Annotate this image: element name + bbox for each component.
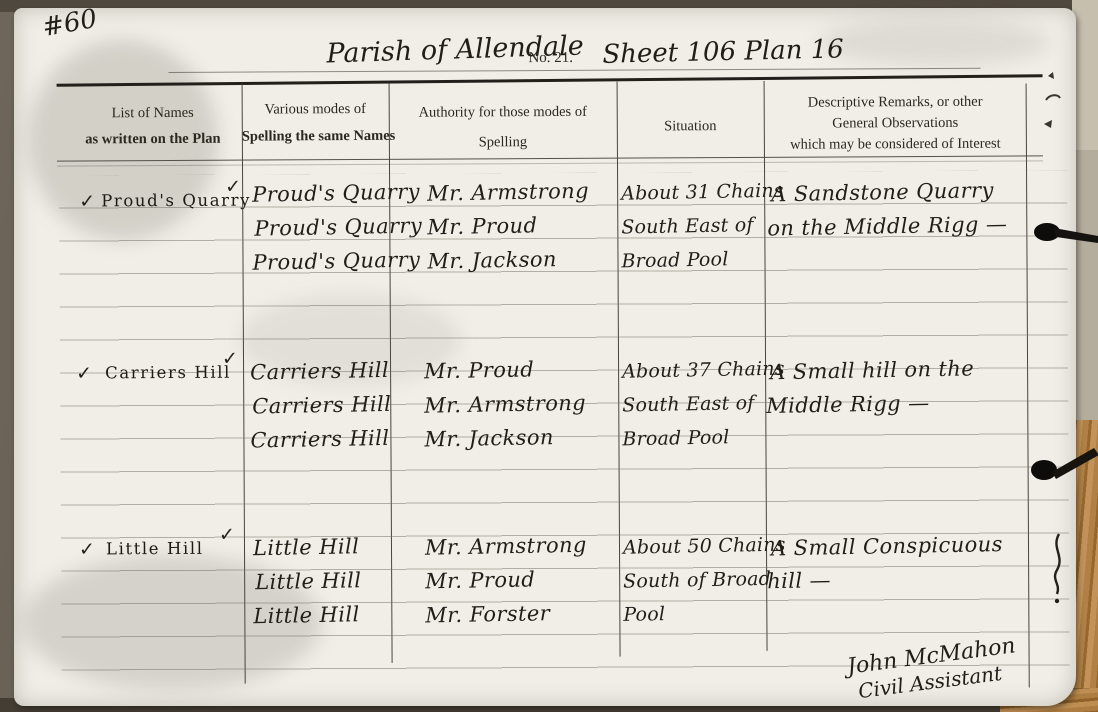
- situation-line: About 37 Chains: [622, 358, 785, 383]
- entry-name: Carriers Hill: [105, 363, 231, 383]
- situation-line: South of Broad: [623, 568, 771, 593]
- sheet-plan-title: Sheet 106 Plan 16: [602, 34, 844, 69]
- binding-cord: [1028, 446, 1098, 488]
- authority-line: Mr. Jackson: [424, 425, 554, 451]
- entry-name: Little Hill: [106, 539, 204, 559]
- remarks-line: A Small Conspicuous: [771, 532, 1003, 560]
- remarks-line: on the Middle Rigg —: [767, 212, 1007, 241]
- table-top-border: [57, 74, 1043, 86]
- column-header-authority-line2: Spelling: [389, 134, 617, 152]
- checkmark-before: ✓: [79, 190, 95, 212]
- column-header-names-line1: List of Names: [64, 105, 242, 123]
- authority-line: Mr. Jackson: [427, 247, 557, 273]
- sheet-number-label: No. 21.: [528, 50, 573, 67]
- remarks-line: A Sandstone Quarry: [771, 178, 994, 206]
- page-content: #60 Parish of Allendale No. 21. Sheet 10…: [0, 0, 1098, 712]
- situation-line: South East of: [622, 392, 755, 417]
- authority-line: Mr. Proud: [425, 567, 535, 593]
- spelling-line: Carriers Hill: [250, 426, 389, 453]
- situation-line: Broad Pool: [621, 248, 728, 272]
- column-header-remarks-line3: which may be considered of Interest: [764, 135, 1027, 153]
- situation-line: About 50 Chains: [623, 534, 786, 559]
- authority-line: Mr. Armstrong: [424, 391, 586, 418]
- authority-line: Mr. Armstrong: [427, 179, 589, 206]
- spelling-line: Little Hill: [255, 568, 362, 594]
- spelling-line: Proud's Quarry: [252, 248, 420, 275]
- scanned-name-book-page: #60 Parish of Allendale No. 21. Sheet 10…: [0, 0, 1098, 712]
- page-number-annotation: #60: [40, 4, 99, 43]
- column-header-names-line2: as written on the Plan: [64, 131, 242, 149]
- spelling-line: Carriers Hill: [252, 392, 391, 419]
- header-bottom-border-faint: [57, 160, 1043, 166]
- situation-line: About 31 Chains: [621, 180, 784, 205]
- column-header-authority-line1: Authority for those modes of: [389, 104, 617, 122]
- checkmark-before: ✓: [79, 538, 95, 560]
- column-header-spelling-line2: Spelling the same Names: [242, 128, 389, 146]
- remarks-line: A Small hill on the: [770, 356, 974, 384]
- checkmark-before: ✓: [76, 362, 92, 384]
- authority-line: Mr. Proud: [424, 357, 534, 383]
- checkmark-after: ✓: [219, 524, 235, 546]
- spelling-line: Little Hill: [253, 534, 360, 560]
- authority-line: Mr. Proud: [427, 213, 537, 239]
- remarks-line: hill —: [767, 568, 831, 593]
- column-header-spelling-line1: Various modes of: [242, 101, 389, 119]
- title-underline: [169, 68, 981, 73]
- situation-line: Pool: [623, 603, 665, 626]
- binding-cord: [1032, 216, 1098, 252]
- situation-line: South East of: [621, 214, 754, 239]
- spelling-line: Little Hill: [253, 602, 360, 628]
- spelling-line: Proud's Quarry: [252, 180, 420, 207]
- situation-line: Broad Pool: [622, 426, 729, 450]
- authority-line: Mr. Armstrong: [425, 533, 587, 560]
- column-header-remarks-line2: General Observations: [764, 114, 1027, 132]
- remarks-line: Middle Rigg —: [766, 391, 930, 418]
- ink-squiggle: [1048, 530, 1070, 606]
- column-header-situation: Situation: [617, 118, 764, 136]
- checkmark-after: ✓: [222, 348, 238, 370]
- column-header-remarks-line1: Descriptive Remarks, or other: [764, 93, 1027, 111]
- spelling-line: Carriers Hill: [250, 358, 389, 385]
- spelling-line: Proud's Quarry: [254, 213, 422, 240]
- ink-marks: [1040, 72, 1066, 136]
- authority-line: Mr. Forster: [425, 601, 550, 627]
- checkmark-after: ✓: [225, 176, 241, 198]
- ruled-lines: [59, 170, 1070, 697]
